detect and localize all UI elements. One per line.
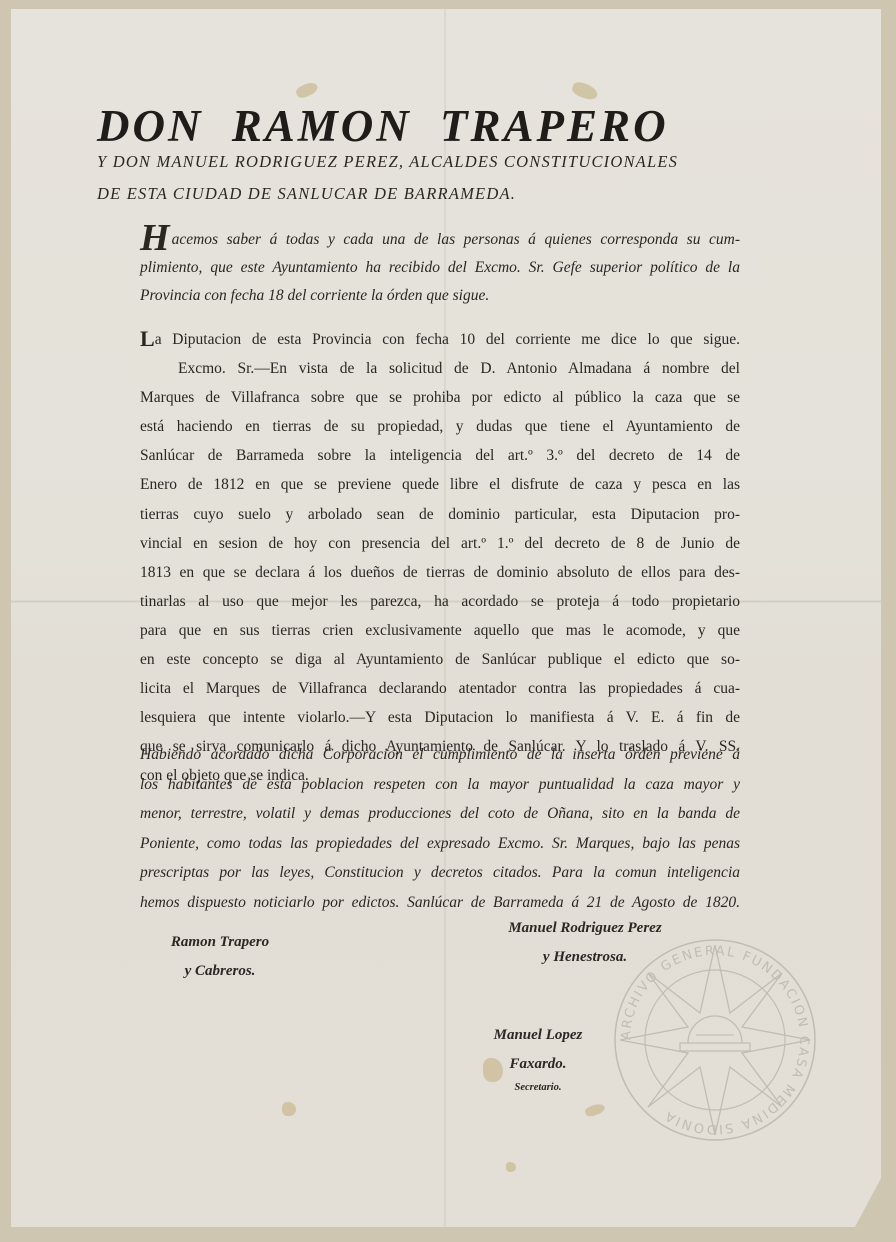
subtitle-line-1: Y DON MANUEL RODRIGUEZ PEREZ, ALCALDES C… <box>97 152 678 172</box>
body-dropcap: L <box>140 326 155 351</box>
paper-stain <box>282 1102 296 1116</box>
body-paragraph: La Diputacion de esta Provincia con fech… <box>140 324 740 791</box>
svg-text:ARCHIVO GENERAL FUNDACION CASA: ARCHIVO GENERAL FUNDACION CASA MEDINA SI… <box>619 944 811 1136</box>
signature-right: Manuel Rodriguez Perez y Henestrosa. <box>490 914 680 972</box>
document-title: DON RAMON TRAPERO <box>97 100 669 152</box>
closing-paragraph: Habiendo acordado dicha Corporacion el c… <box>140 740 740 917</box>
subtitle-line-2: DE ESTA CIUDAD DE SANLUCAR DE BARRAMEDA. <box>97 184 516 204</box>
intro-dropcap: H <box>140 217 170 259</box>
signature-left: Ramon Trapero y Cabreros. <box>150 928 290 986</box>
intro-paragraph: Hacemos saber á todas y cada una de las … <box>140 224 740 310</box>
paper-stain <box>506 1162 516 1172</box>
signature-secretary: Manuel Lopez Faxardo. Secretario. <box>478 1021 598 1097</box>
